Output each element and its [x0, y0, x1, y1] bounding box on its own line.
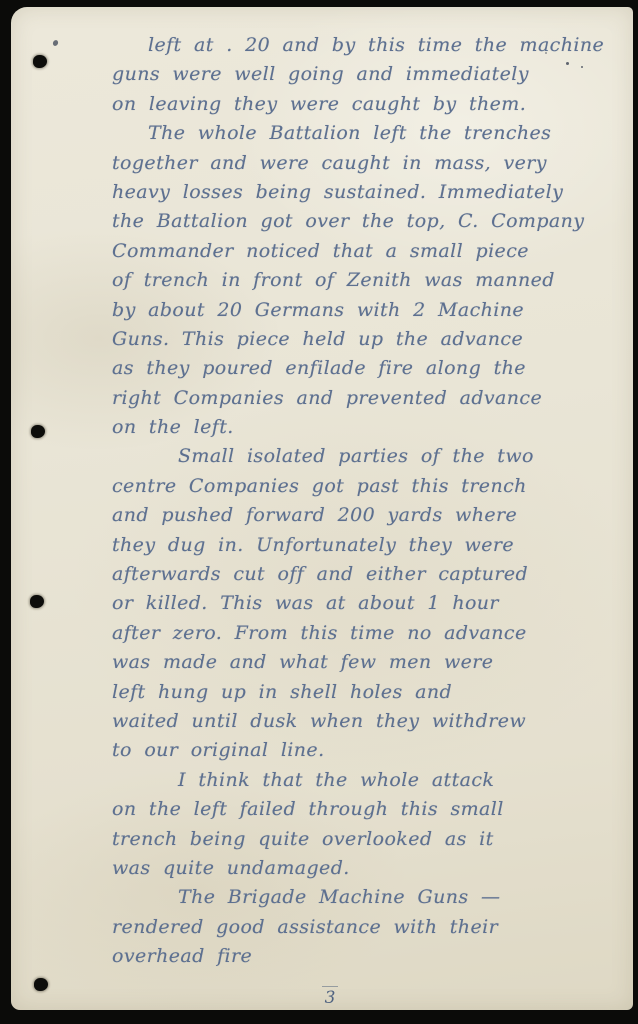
- manuscript-line: by about 20 Germans with 2 Machine: [0, 296, 638, 325]
- page-number: 3: [0, 986, 638, 1008]
- manuscript-text: left at . 20 and by this time the machin…: [0, 31, 638, 972]
- manuscript-line: or killed. This was at about 1 hour: [0, 589, 638, 618]
- manuscript-line: left at . 20 and by this time the machin…: [0, 31, 638, 60]
- manuscript-line: on the left.: [0, 413, 638, 442]
- manuscript-line: and pushed forward 200 yards where: [0, 501, 638, 530]
- manuscript-line: of trench in front of Zenith was manned: [0, 266, 638, 295]
- manuscript-line: rendered good assistance with their: [0, 913, 638, 942]
- manuscript-line: centre Companies got past this trench: [0, 472, 638, 501]
- manuscript-line: Commander noticed that a small piece: [0, 237, 638, 266]
- manuscript-line: was made and what few men were: [0, 648, 638, 677]
- manuscript-line: on leaving they were caught by them.: [0, 90, 638, 119]
- manuscript-line: Guns. This piece held up the advance: [0, 325, 638, 354]
- manuscript-line: after zero. From this time no advance: [0, 619, 638, 648]
- manuscript-line: waited until dusk when they withdrew: [0, 707, 638, 736]
- manuscript-line: as they poured enfilade fire along the: [0, 354, 638, 383]
- manuscript-line: heavy losses being sustained. Immediatel…: [0, 178, 638, 207]
- manuscript-line: Small isolated parties of the two: [0, 442, 638, 471]
- manuscript-line: overhead fire: [0, 942, 638, 971]
- manuscript-line: The whole Battalion left the trenches: [0, 119, 638, 148]
- page-number-value: 3: [325, 988, 336, 1008]
- manuscript-line: I think that the whole attack: [0, 766, 638, 795]
- manuscript-line: trench being quite overlooked as it: [0, 825, 638, 854]
- manuscript-line: afterwards cut off and either captured: [0, 560, 638, 589]
- manuscript-line: right Companies and prevented advance: [0, 384, 638, 413]
- manuscript-line: guns were well going and immediately: [0, 60, 638, 89]
- page-number-overline: [322, 986, 338, 987]
- manuscript-line: they dug in. Unfortunately they were: [0, 531, 638, 560]
- manuscript-line: was quite undamaged.: [0, 854, 638, 883]
- scanned-document-page: { "meta": { "document_type": "handwritte…: [0, 0, 638, 1024]
- manuscript-line: together and were caught in mass, very: [0, 149, 638, 178]
- manuscript-line: The Brigade Machine Guns —: [0, 883, 638, 912]
- manuscript-line: on the left failed through this small: [0, 795, 638, 824]
- manuscript-line: left hung up in shell holes and: [0, 678, 638, 707]
- manuscript-line: the Battalion got over the top, C. Compa…: [0, 207, 638, 236]
- manuscript-line: to our original line.: [0, 736, 638, 765]
